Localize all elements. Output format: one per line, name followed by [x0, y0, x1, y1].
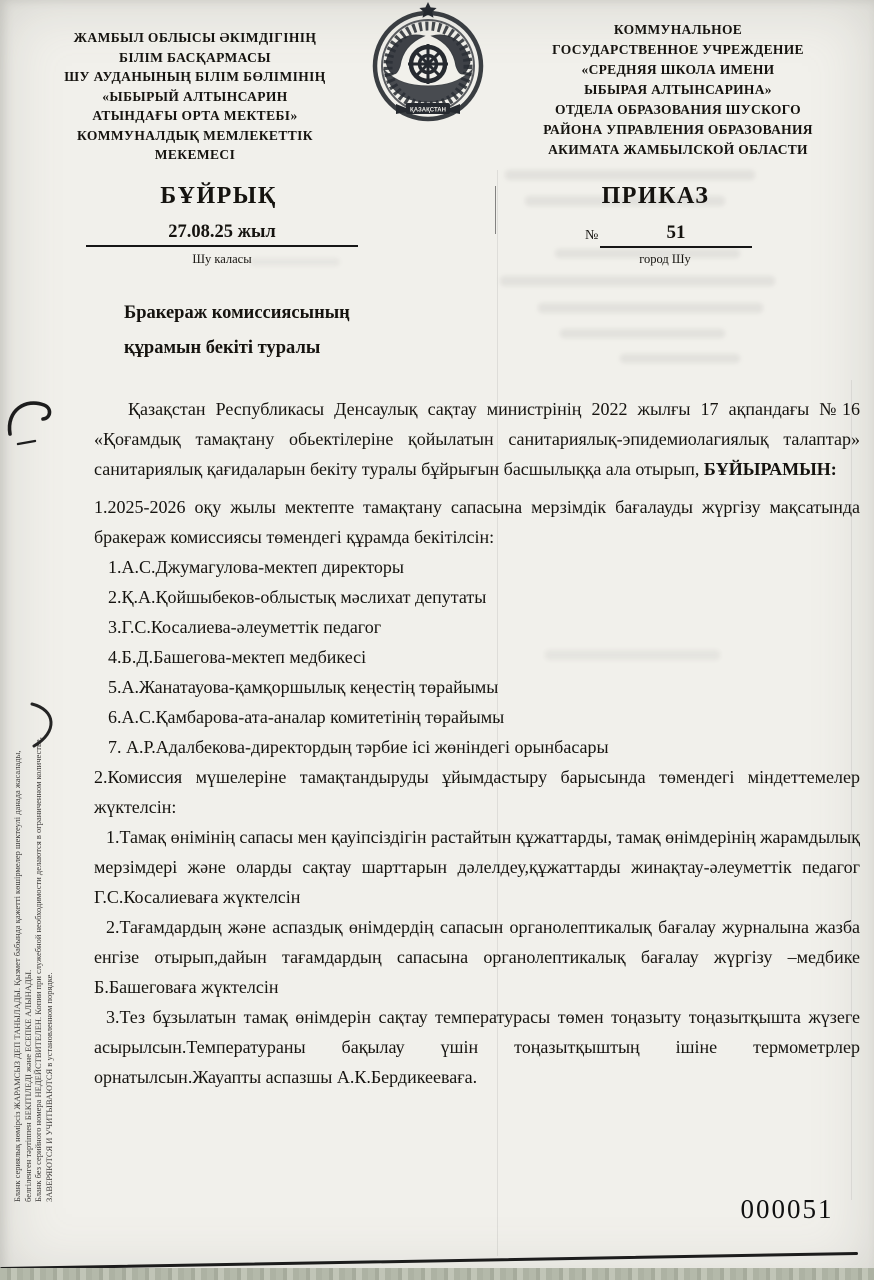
order-title-russian: ПРИКАЗ: [437, 183, 874, 210]
commission-member: 5.А.Жанатауова-қамқоршылық кеңестің төра…: [108, 672, 860, 702]
letterhead-ru-line: КОММУНАЛЬНОЕ: [490, 20, 866, 40]
order-title-kazakh: БҰЙРЫҚ: [0, 183, 437, 210]
pen-mark-squiggle: [2, 392, 58, 455]
letterhead-kk-line: МЕКЕМЕСІ: [28, 145, 362, 165]
ghost-text-smudge: [538, 303, 763, 313]
duty1-paragraph: 1.Тамақ өнімінің сапасы мен қауіпсіздігі…: [94, 822, 860, 912]
security-margin-note: Бланк сериялық нөмірсіз ЖАРАМСЫЗ ДЕП ТАН…: [12, 378, 54, 1202]
scan-edge-strip: [0, 1268, 874, 1280]
point2-paragraph: 2.Комиссия мүшелеріне тамақтандыруды ұйы…: [94, 762, 860, 822]
letterhead-russian: КОММУНАЛЬНОЕ ГОСУДАРСТВЕННОЕ УЧРЕЖДЕНИЕ …: [490, 20, 866, 160]
security-note-line: Бланк сериялық нөмірсіз ЖАРАМСЫЗ ДЕП ТАН…: [12, 378, 23, 1202]
blank-serial-number: 000051: [720, 1194, 854, 1225]
commission-members-list: 1.А.С.Джумагулова-мектеп директоры 2.Қ.А…: [94, 552, 860, 762]
order-subject: Бракераж комиссиясының құрамын бекіті ту…: [124, 296, 350, 366]
ghost-text-smudge: [560, 329, 725, 338]
letterhead-ru-line: ОТДЕЛА ОБРАЗОВАНИЯ ШУСКОГО: [490, 100, 866, 120]
commission-member: 1.А.С.Джумагулова-мектеп директоры: [108, 552, 860, 582]
letterhead-kk-line: КОММУНАЛДЫҚ МЕМЛЕКЕТТІК: [28, 126, 362, 146]
security-note-line: Бланк без серийного номера НЕДЕЙСТВИТЕЛЕ…: [33, 378, 44, 1202]
letterhead-kk-line: ШУ АУДАНЫНЫҢ БІЛІМ БӨЛІМІНІҢ: [28, 67, 362, 87]
security-note-line: ЗАВЕРЯЮТСЯ И УЧИТЫВАЮТСЯ в установленном…: [44, 378, 55, 1202]
letterhead-ru-line: «СРЕДНЯЯ ШКОЛА ИМЕНИ: [490, 60, 866, 80]
point1-paragraph: 1.2025-2026 оқу жылы мектепте тамақтану …: [94, 492, 860, 552]
security-note-line: белгіленген тәртіппен БЕКІТІЛЕДІ және ЕС…: [23, 378, 34, 1202]
bottom-rule-line: [0, 1252, 858, 1269]
letterhead-ru-line: ЫБЫРАЯ АЛТЫНСАРИНА»: [490, 80, 866, 100]
kazakhstan-emblem-icon: ҚАЗАҚСТАН: [370, 0, 486, 128]
letterhead-kazakh: ЖАМБЫЛ ОБЛЫСЫ ӘКІМДІГІНІҢ БІЛІМ БАСҚАРМА…: [28, 28, 362, 165]
letterhead-kk-line: АТЫНДАҒЫ ОРТА МЕКТЕБІ»: [28, 106, 362, 126]
order-number-sign: №: [585, 228, 598, 244]
scanned-order-document: ЖАМБЫЛ ОБЛЫСЫ ӘКІМДІГІНІҢ БІЛІМ БАСҚАРМА…: [0, 0, 874, 1280]
commission-member: 6.А.С.Қамбарова-ата-аналар комитетінің т…: [108, 702, 860, 732]
order-subject-line2: құрамын бекіті туралы: [124, 331, 350, 366]
order-number-value: 51: [600, 222, 752, 248]
pen-mark-arc: [26, 700, 66, 755]
emblem-banner-label: ҚАЗАҚСТАН: [410, 108, 446, 114]
ghost-text-smudge: [620, 354, 740, 363]
order-place-kazakh: Шу каласы: [86, 252, 358, 267]
commission-member: 4.Б.Д.Башегова-мектеп медбикесі: [108, 642, 860, 672]
order-place-russian: город Шу: [600, 252, 730, 267]
ghost-text-smudge: [500, 276, 775, 286]
commission-member: 2.Қ.А.Қойшыбеков-облыстық мәслихат депут…: [108, 582, 860, 612]
title-divider-line: [495, 186, 496, 234]
letterhead-kk-line: БІЛІМ БАСҚАРМАСЫ: [28, 48, 362, 68]
intro-paragraph: Қазақстан Республикасы Денсаулық сақтау …: [94, 394, 860, 484]
order-date: 27.08.25 жыл: [86, 222, 358, 247]
duty2-paragraph: 2.Тағамдардың және аспаздық өнімдердің с…: [94, 912, 860, 1002]
letterhead-ru-line: АКИМАТА ЖАМБЫЛСКОЙ ОБЛАСТИ: [490, 140, 866, 160]
intro-resolution-word: БҰЙЫРАМЫН:: [704, 459, 837, 479]
order-body: Қазақстан Республикасы Денсаулық сақтау …: [94, 394, 860, 1092]
letterhead-kk-line: «ЫБЫРЫЙ АЛТЫНСАРИН: [28, 87, 362, 107]
order-subject-line1: Бракераж комиссиясының: [124, 296, 350, 331]
commission-member: 7. А.Р.Адалбекова-директордың тәрбие ісі…: [108, 732, 860, 762]
letterhead-kk-line: ЖАМБЫЛ ОБЛЫСЫ ӘКІМДІГІНІҢ: [28, 28, 362, 48]
duty3-paragraph: 3.Тез бұзылатын тамақ өнімдерін сақтау т…: [94, 1002, 860, 1092]
commission-member: 3.Г.С.Косалиева-әлеуметтік педагог: [108, 612, 860, 642]
letterhead-ru-line: ГОСУДАРСТВЕННОЕ УЧРЕЖДЕНИЕ: [490, 40, 866, 60]
letterhead-ru-line: РАЙОНА УПРАВЛЕНИЯ ОБРАЗОВАНИЯ: [490, 120, 866, 140]
ghost-text-smudge: [505, 170, 755, 180]
